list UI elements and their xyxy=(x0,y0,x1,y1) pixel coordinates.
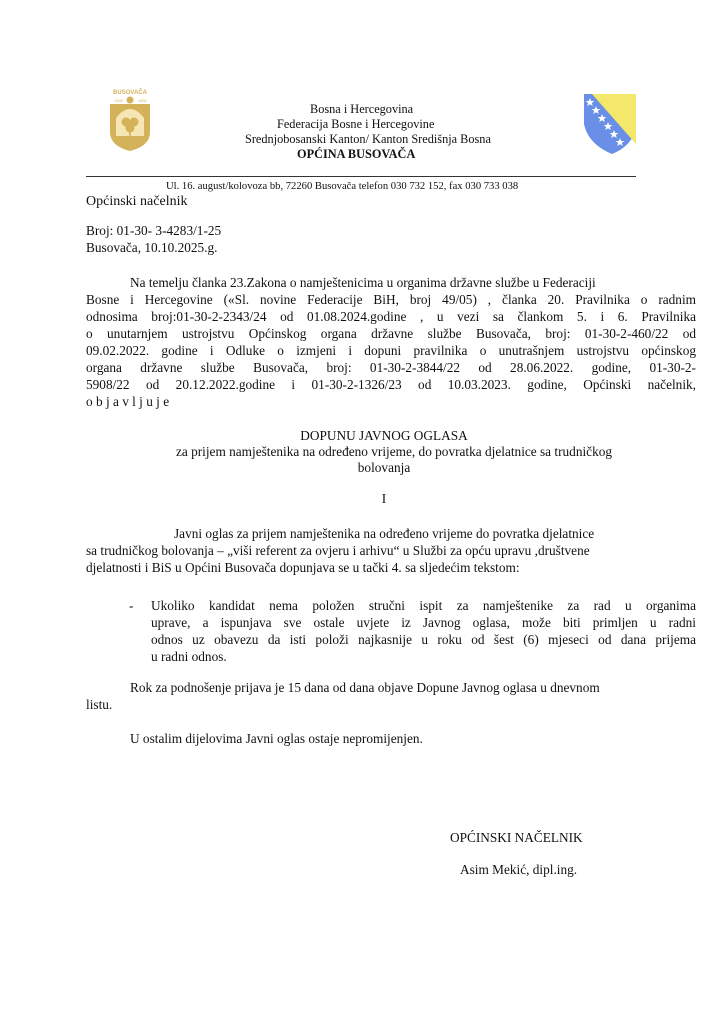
bullet-marker: - xyxy=(129,597,133,614)
document-number: Broj: 01-30- 3-4283/1-25 xyxy=(86,222,221,239)
intro-line: Bosne i Hercegovine («Sl. novine Federac… xyxy=(86,291,696,308)
signature-title: OPĆINSKI NAČELNIK xyxy=(450,829,583,846)
body-line: Javni oglas za prijem namještenika na od… xyxy=(86,525,696,542)
body-line: sa trudničkog bolovanja – „viši referent… xyxy=(86,542,696,559)
body-line: Rok za podnošenje prijava je 15 dana od … xyxy=(86,679,696,696)
notice-subtitle-line1: za prijem namještenika na određeno vrije… xyxy=(0,443,724,460)
intro-line: Na temelju članka 23.Zakona o namješteni… xyxy=(86,274,696,291)
bullet-line: u radni odnos. xyxy=(151,648,696,665)
intro-line: 09.02.2022. godine i Odluke o izmjeni i … xyxy=(86,342,696,359)
intro-line: 5908/22 od 20.12.2022.godine i 01-30-2-1… xyxy=(86,376,696,393)
header-country: Bosna i Hercegovina xyxy=(310,102,413,117)
bullet-item: Ukoliko kandidat nema položen stručni is… xyxy=(151,597,696,665)
header-federation: Federacija Bosne i Hercegovine xyxy=(277,117,434,132)
header-municipality: OPĆINA BUSOVAČA xyxy=(297,147,415,162)
bullet-line: uprave, a ispunjava sve ostale uvjete iz… xyxy=(151,614,696,631)
header-address: Ul. 16. august/kolovoza bb, 72260 Busova… xyxy=(166,179,518,194)
svg-text:BUSOVAČA: BUSOVAČA xyxy=(113,89,148,96)
section-number: I xyxy=(0,490,724,507)
intro-line: o b j a v l j u j e xyxy=(86,393,696,410)
office-name: Općinski načelnik xyxy=(86,193,187,210)
header-divider xyxy=(86,176,636,177)
bih-coat-of-arms-icon xyxy=(582,88,638,154)
signature-name: Asim Mekić, dipl.ing. xyxy=(460,861,577,878)
place-date: Busovača, 10.10.2025.g. xyxy=(86,239,217,256)
busovaca-coat-of-arms-icon: BUSOVAČA 1340 1831 xyxy=(104,86,156,152)
notice-subtitle-line2: bolovanja xyxy=(0,459,724,476)
intro-line: o unutarnjem ustrojstvu Općinskog organa… xyxy=(86,325,696,342)
body-paragraph-2: Rok za podnošenje prijava je 15 dana od … xyxy=(86,679,696,713)
body-paragraph-3: U ostalim dijelovima Javni oglas ostaje … xyxy=(130,730,423,747)
intro-paragraph: Na temelju članka 23.Zakona o namješteni… xyxy=(86,274,696,410)
body-line: listu. xyxy=(86,696,696,713)
header-canton: Srednjobosanski Kanton/ Kanton Središnja… xyxy=(245,132,491,147)
intro-line: odnosima broj:01-30-2-2343/24 od 01.08.2… xyxy=(86,308,696,325)
body-line: djelatnosti i BiS u Općini Busovača dopu… xyxy=(86,559,696,576)
svg-text:1340: 1340 xyxy=(114,98,124,103)
intro-line: organa državne službe Busovača, broj: 01… xyxy=(86,359,696,376)
bullet-line: Ukoliko kandidat nema položen stručni is… xyxy=(151,597,696,614)
notice-title: DOPUNU JAVNOG OGLASA xyxy=(0,427,724,444)
svg-text:1831: 1831 xyxy=(138,98,148,103)
body-paragraph-1: Javni oglas za prijem namještenika na od… xyxy=(86,525,696,576)
bullet-line: odnos uz obavezu da isti položi najkasni… xyxy=(151,631,696,648)
